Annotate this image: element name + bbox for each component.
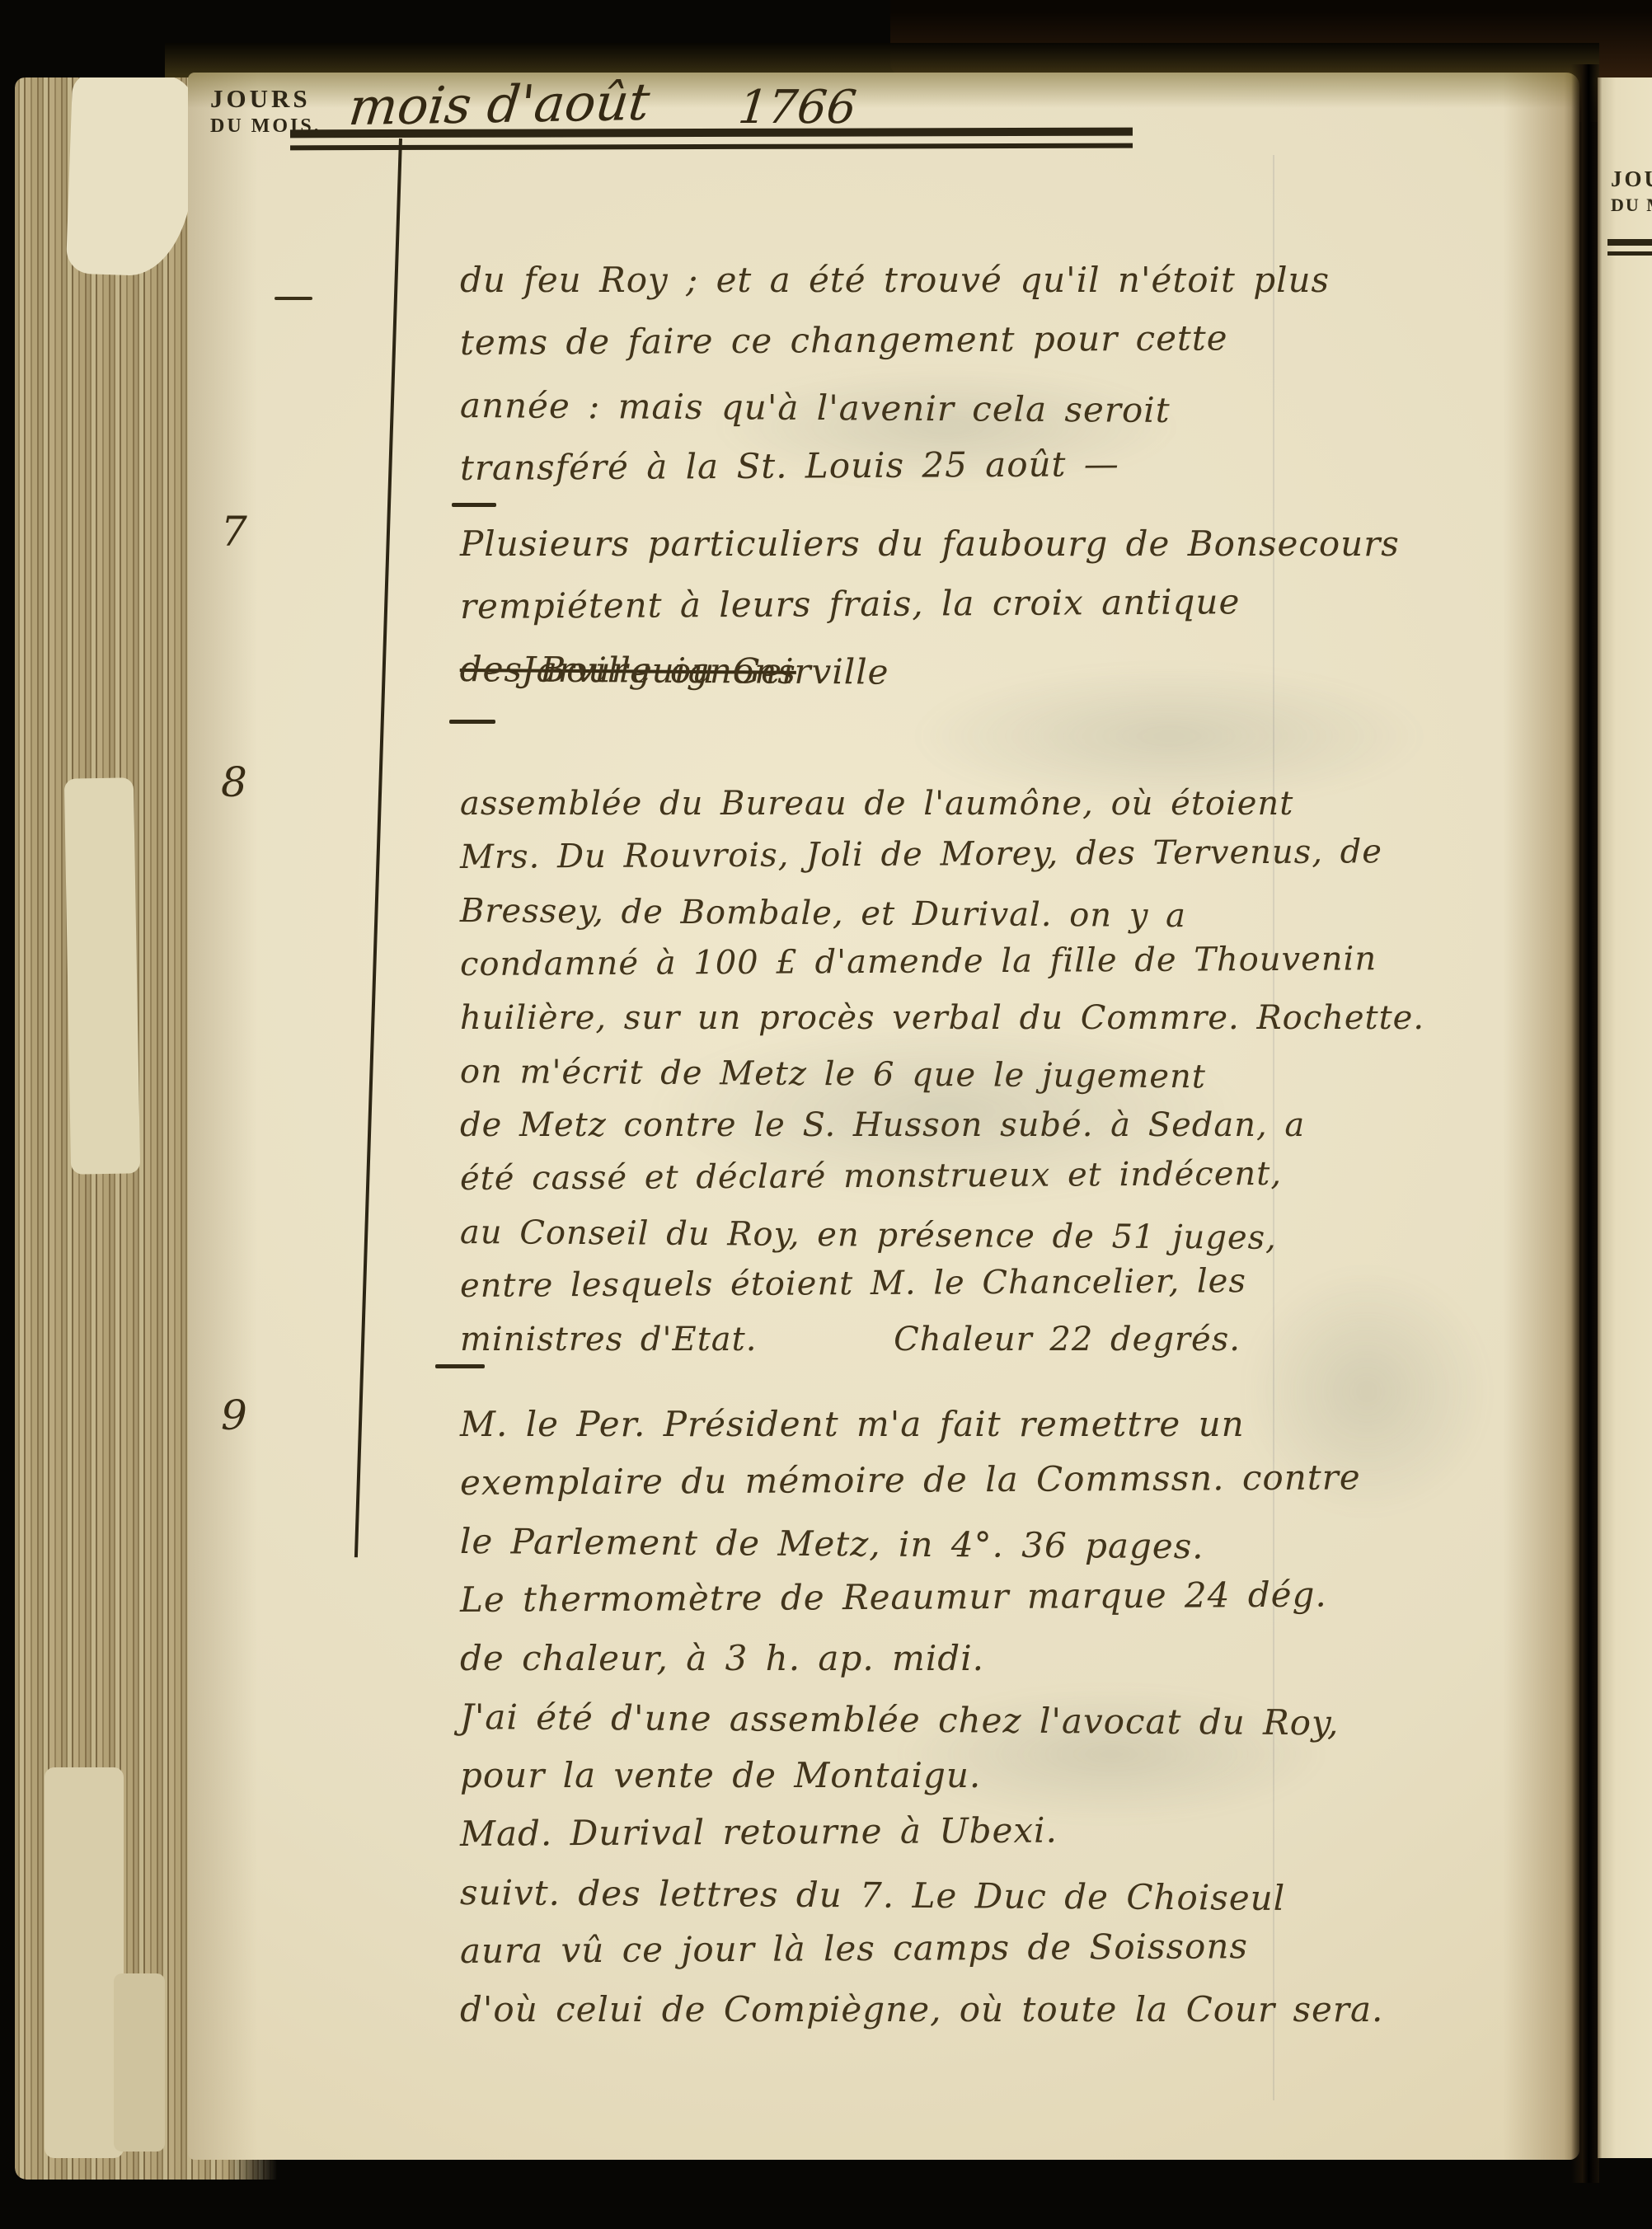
handwritten-line: Plusieurs particuliers du faubourg de Bo…	[460, 513, 1581, 575]
entry-text-block: du feu Roy ; et a été trouvé qu'il n'éto…	[460, 249, 1581, 500]
facing-page-double-rule	[1607, 239, 1652, 256]
handwritten-line: assemblée du Bureau de l'aumône, où étoi…	[460, 777, 1581, 831]
handwritten-line: des Bourguignons de Jarville ou Geirvill…	[460, 638, 1581, 645]
gutter-shadow	[1571, 64, 1599, 2183]
book-photo: JOURS DU MOIS. mois d'août 1766 du feu R…	[0, 0, 1652, 2229]
journal-entry-day-9: 9M. le Per. Président m'a fait remettre …	[188, 1395, 1573, 2039]
handwritten-line: huilière, sur un procès verbal du Commre…	[460, 992, 1581, 1045]
handwritten-line: on m'écrit de Metz le 6 que le jugement	[460, 1045, 1581, 1106]
handwritten-line: rempiétent à leurs frais, la croix antiq…	[460, 569, 1581, 638]
handwritten-text: de Jarville ou Geirville	[459, 638, 889, 704]
journal-entry-day-7: 7Plusieurs particuliers du faubourg de B…	[188, 513, 1573, 638]
journal-entry-continuation: du feu Roy ; et a été trouvé qu'il n'éto…	[188, 249, 1573, 500]
handwritten-line: J'ai été d'une assemblée chez l'avocat d…	[460, 1687, 1581, 1753]
journal-entry-day-8: 8assemblée du Bureau de l'aumône, où éto…	[188, 777, 1573, 1367]
handwritten-line: Mad. Durival retourne à Ubexi.	[460, 1798, 1581, 1863]
entry-day-number: 8	[221, 758, 247, 806]
facing-page-strip: JOURS DU MOIS.	[1598, 77, 1652, 2158]
handwritten-line: ministres d'Etat. Chaleur 22 degrés.	[460, 1313, 1581, 1367]
entry-day-number: 9	[221, 1391, 247, 1439]
entry-day-number: 7	[221, 508, 247, 556]
handwritten-line: aura vû ce jour là les camps de Soissons	[460, 1915, 1581, 1980]
handwritten-line: condamné à 100 £ d'amende la fille de Th…	[460, 931, 1581, 992]
header-double-rule	[290, 128, 1133, 151]
entry-text-block: M. le Per. Président m'a fait remettre u…	[460, 1395, 1581, 2039]
handwritten-line: Le thermomètre de Reaumur marque 24 dég.	[460, 1564, 1581, 1629]
printed-column-header-line1: JOURS	[210, 84, 321, 114]
handwritten-line: tems de faire ce changement pour cette	[460, 305, 1581, 374]
torn-corner	[66, 72, 196, 277]
handwritten-line: exemplaire du mémoire de la Commssn. con…	[460, 1447, 1581, 1512]
facing-page-header-line2: DU MOIS.	[1611, 195, 1652, 216]
entry-tick-mark	[452, 503, 496, 507]
handwritten-line: d'où celui de Compiègne, où toute la Cou…	[460, 1980, 1581, 2039]
handwritten-line: M. le Per. Président m'a fait remettre u…	[460, 1395, 1581, 1453]
month-title-handwritten: mois d'août	[346, 72, 653, 137]
handwritten-line: transféré à la St. Louis 25 août —	[460, 430, 1581, 500]
handwritten-line: pour la vente de Montaigu.	[460, 1746, 1581, 1804]
handwritten-line: été cassé et déclaré monstrueux et indéc…	[460, 1146, 1581, 1206]
handwritten-line: entre lesquels étoient M. le Chancelier,…	[460, 1253, 1581, 1313]
facing-page-printed-header: JOURS DU MOIS.	[1611, 167, 1652, 216]
page-edge-tab	[114, 1973, 165, 2152]
manuscript-page: JOURS DU MOIS. mois d'août 1766 du feu R…	[188, 73, 1579, 2160]
handwritten-line: Mrs. Du Rouvrois, Joli de Morey, des Ter…	[460, 824, 1581, 885]
page-edge-tab	[64, 777, 140, 1174]
handwritten-line: du feu Roy ; et a été trouvé qu'il n'éto…	[460, 249, 1581, 312]
year-handwritten: 1766	[736, 81, 859, 134]
handwritten-line: de Metz contre le S. Husson subé. à Seda…	[460, 1099, 1581, 1152]
entry-tick-mark	[449, 720, 495, 724]
facing-page-header-line1: JOURS	[1611, 167, 1652, 192]
page-edge-tab	[45, 1767, 124, 2158]
handwritten-line: de chaleur, à 3 h. ap. midi.	[460, 1629, 1581, 1687]
entry-text-block: Plusieurs particuliers du faubourg de Bo…	[460, 513, 1581, 638]
entry-text-block: assemblée du Bureau de l'aumône, où étoi…	[460, 777, 1581, 1367]
